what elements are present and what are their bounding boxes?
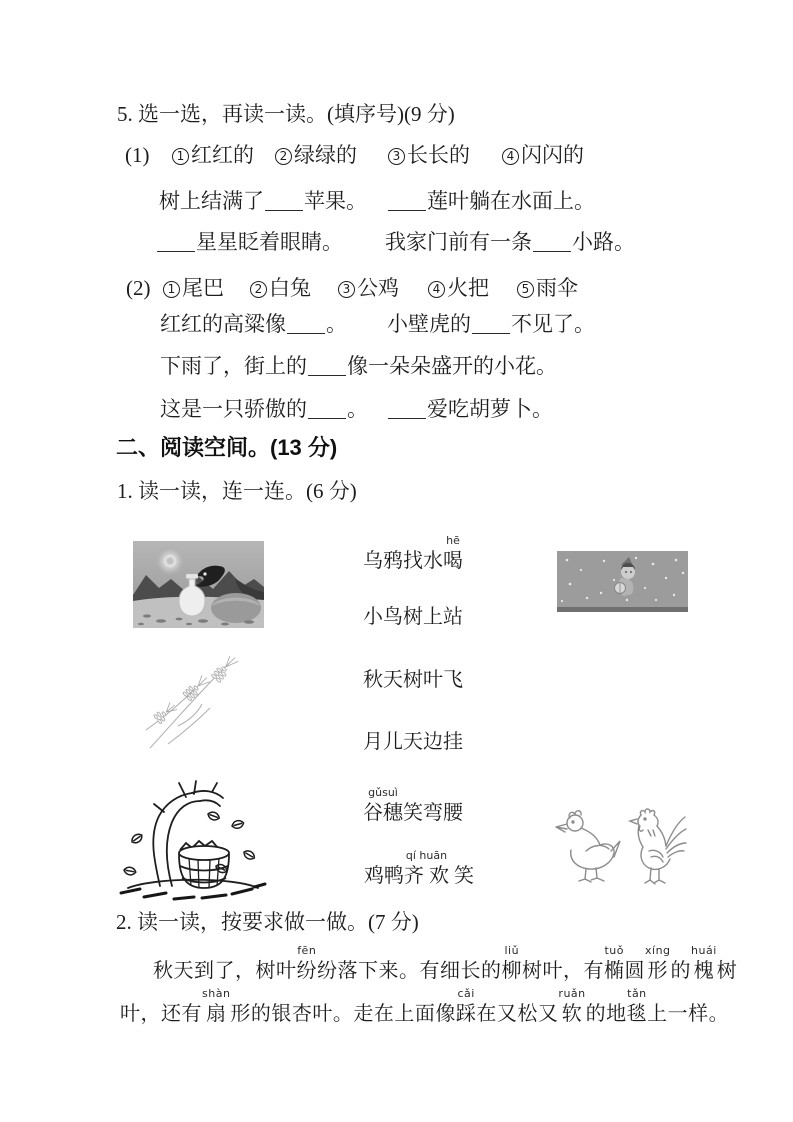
q5-part1-label: (1)	[125, 142, 150, 168]
child-on-moon-image	[557, 551, 688, 612]
match-phrase-autumn-leaves: 秋天树叶飞	[363, 667, 463, 693]
pinyin-annotation: liǔ	[502, 944, 523, 958]
text-run: 树	[717, 960, 738, 982]
phrase-text: 秋天树叶飞	[363, 669, 463, 691]
autumn-tree-basket-image	[116, 776, 268, 902]
match-phrase-grain: gǔsuì谷穗笑弯腰	[363, 786, 463, 826]
phrase-text: 笑弯腰	[403, 802, 463, 824]
answer-blank	[265, 205, 303, 211]
sentence-apple: 树上结满了苹果。	[159, 188, 367, 214]
q5-part2-option-2: 2白兔	[250, 275, 311, 301]
circled-number: 5	[517, 281, 534, 298]
pinyin-ruby: ruǎn软	[558, 987, 585, 1027]
answer-blank	[388, 205, 426, 211]
pinyin-annotation: shàn	[202, 987, 230, 1001]
phrase-text: 齐 欢	[404, 863, 449, 889]
match-phrase-poultry: 鸡鸭qí huān齐 欢 笑	[364, 849, 474, 889]
sentence-text: 星星眨着眼睛。	[196, 230, 343, 254]
phrase-text: 月儿天边挂	[363, 731, 463, 753]
sentence-rabbit: 爱吃胡萝卜。	[387, 396, 553, 422]
sentence-rooster: 这是一只骄傲的。	[160, 396, 368, 422]
answer-blank	[533, 246, 571, 252]
match-phrase-bird: 小鸟树上站	[363, 604, 463, 630]
sentence-text: 我家门前有一条	[385, 230, 532, 254]
q5-part1-option-2: 2绿绿的	[275, 142, 357, 168]
pinyin-annotation: tuǒ	[604, 944, 625, 958]
pinyin-annotation: tǎn	[627, 987, 648, 1001]
crow-drinking-water-image	[133, 541, 264, 628]
sentence-text: 像一朵朵盛开的小花。	[347, 354, 557, 378]
phrase-text: 谷穗	[363, 800, 403, 826]
q5-part2-option-4: 4火把	[428, 275, 489, 301]
question-1-title: 1. 读一读，连一连。(6 分)	[117, 478, 357, 504]
pinyin-ruby: cǎi踩	[456, 987, 477, 1027]
sentence-text: 红红的高粱像	[160, 312, 286, 336]
option-label: 白兔	[269, 276, 311, 300]
reading-paragraph-line-1: 秋天到了，树叶fēn纷纷落下来。有细长的liǔ柳树叶，有tuǒ椭圆xíng形的h…	[153, 944, 737, 984]
sentence-text: 苹果。	[304, 189, 367, 213]
pinyin-ruby: fēn纷	[297, 944, 318, 984]
option-label: 雨伞	[536, 276, 578, 300]
text-run: 毯	[627, 1001, 648, 1027]
q5-part1-option-3: 3长长的	[388, 142, 470, 168]
answer-blank	[308, 413, 346, 419]
circled-number: 4	[502, 148, 519, 165]
text-run: 柳	[502, 958, 523, 984]
q5-part1-option-4: 4闪闪的	[502, 142, 584, 168]
text-run: 形的银杏叶。走在上面像	[230, 1003, 456, 1025]
phrase-text: 笑	[449, 865, 474, 887]
option-label: 闪闪的	[521, 143, 584, 167]
pinyin-annotation: cǎi	[456, 987, 477, 1001]
pinyin-ruby: hē喝	[443, 534, 463, 574]
q5-part2-option-3: 3公鸡	[338, 275, 399, 301]
q5-part2-option-1: 1尾巴	[163, 275, 224, 301]
option-label: 公鸡	[357, 276, 399, 300]
answer-blank	[287, 328, 325, 334]
answer-blank	[388, 413, 426, 419]
pinyin-ruby: liǔ柳	[502, 944, 523, 984]
sentence-gecko: 小壁虎的不见了。	[387, 311, 595, 337]
text-run: 在又松又	[476, 1003, 558, 1025]
text-run: 形	[645, 958, 671, 984]
option-label: 绿绿的	[294, 143, 357, 167]
sentence-text: 这是一只骄傲的	[160, 397, 307, 421]
sentence-text: 。	[326, 312, 347, 336]
sentence-text: 下雨了，街上的	[160, 354, 307, 378]
answer-blank	[472, 328, 510, 334]
text-run: 踩	[456, 1001, 477, 1027]
q5-part2-label: (2)	[126, 275, 151, 301]
circled-number: 4	[428, 281, 445, 298]
option-label: 尾巴	[182, 276, 224, 300]
pinyin-ruby: gǔsuì谷穗	[363, 786, 403, 826]
question-5-title: 5. 选一选，再读一读。(填序号)(9 分)	[117, 101, 455, 127]
text-run: 圆	[625, 960, 646, 982]
answer-blank	[157, 246, 195, 252]
text-run: 扇	[202, 1001, 230, 1027]
pinyin-annotation: qí huān	[404, 849, 449, 863]
sentence-text: 莲叶躺在水面上。	[427, 189, 595, 213]
phrase-text: 乌鸦找水	[363, 550, 443, 572]
circled-number: 2	[250, 281, 267, 298]
sentence-text: 树上结满了	[159, 189, 264, 213]
pinyin-annotation: fēn	[297, 944, 318, 958]
text-run: 纷落下来。有细长的	[317, 960, 502, 982]
circled-number: 2	[275, 148, 292, 165]
pinyin-ruby: huái槐	[691, 944, 717, 984]
phrase-text: 小鸟树上站	[363, 606, 463, 628]
text-run: 纷	[297, 958, 318, 984]
sentence-text: 不见了。	[511, 312, 595, 336]
pinyin-ruby: tuǒ椭	[604, 944, 625, 984]
option-label: 火把	[447, 276, 489, 300]
reading-paragraph-line-2: 叶，还有shàn扇形的银杏叶。走在上面像cǎi踩在又松又ruǎn软的地tǎn毯上…	[120, 987, 729, 1027]
phrase-text: 喝	[443, 548, 463, 574]
match-phrase-moon: 月儿天边挂	[363, 729, 463, 755]
text-run: 椭	[604, 958, 625, 984]
pinyin-annotation: gǔsuì	[363, 786, 403, 800]
text-run: 的地	[586, 1003, 627, 1025]
sentence-sorghum: 红红的高粱像。	[160, 311, 347, 337]
pinyin-annotation: hē	[443, 534, 463, 548]
text-run: 叶，还有	[120, 1003, 202, 1025]
circled-number: 3	[388, 148, 405, 165]
text-run: 槐	[691, 958, 717, 984]
sentence-umbrella: 下雨了，街上的像一朵朵盛开的小花。	[160, 353, 557, 379]
q5-part2-option-5: 5雨伞	[517, 275, 578, 301]
pinyin-annotation: ruǎn	[558, 987, 585, 1001]
pinyin-ruby: shàn扇	[202, 987, 230, 1027]
text-run: 软	[558, 1001, 585, 1027]
option-label: 红红的	[191, 143, 254, 167]
sentence-text: 。	[347, 397, 368, 421]
worksheet-page: 5. 选一选，再读一读。(填序号)(9 分) (1) 1红红的 2绿绿的 3长长…	[0, 0, 793, 1122]
sentence-path: 我家门前有一条小路。	[385, 229, 635, 255]
grain-ear-sketch-image	[138, 656, 262, 752]
phrase-text: 鸡鸭	[364, 865, 404, 887]
q5-part1-option-1: 1红红的	[172, 142, 254, 168]
match-phrase-crow: 乌鸦找水hē喝	[363, 534, 463, 574]
pinyin-ruby: xíng形	[645, 944, 671, 984]
option-label: 长长的	[407, 143, 470, 167]
pinyin-ruby: qí huān齐 欢	[404, 849, 449, 889]
text-run: 上一样。	[647, 1003, 729, 1025]
circled-number: 1	[172, 148, 189, 165]
sentence-lotus: 莲叶躺在水面上。	[387, 188, 595, 214]
section-2-heading: 二、阅读空间。(13 分)	[116, 435, 337, 461]
sentence-text: 爱吃胡萝卜。	[427, 397, 553, 421]
sentence-stars: 星星眨着眼睛。	[156, 229, 343, 255]
duck-and-rooster-image	[552, 806, 687, 892]
circled-number: 3	[338, 281, 355, 298]
text-run: 秋天到了，树叶	[153, 960, 297, 982]
text-run: 树叶，有	[522, 960, 604, 982]
sentence-text: 小壁虎的	[387, 312, 471, 336]
pinyin-ruby: tǎn毯	[627, 987, 648, 1027]
question-2-title: 2. 读一读，按要求做一做。(7 分)	[116, 909, 419, 935]
pinyin-annotation: huái	[691, 944, 717, 958]
answer-blank	[308, 370, 346, 376]
text-run: 的	[671, 960, 692, 982]
sentence-text: 小路。	[572, 230, 635, 254]
circled-number: 1	[163, 281, 180, 298]
pinyin-annotation: xíng	[645, 944, 671, 958]
